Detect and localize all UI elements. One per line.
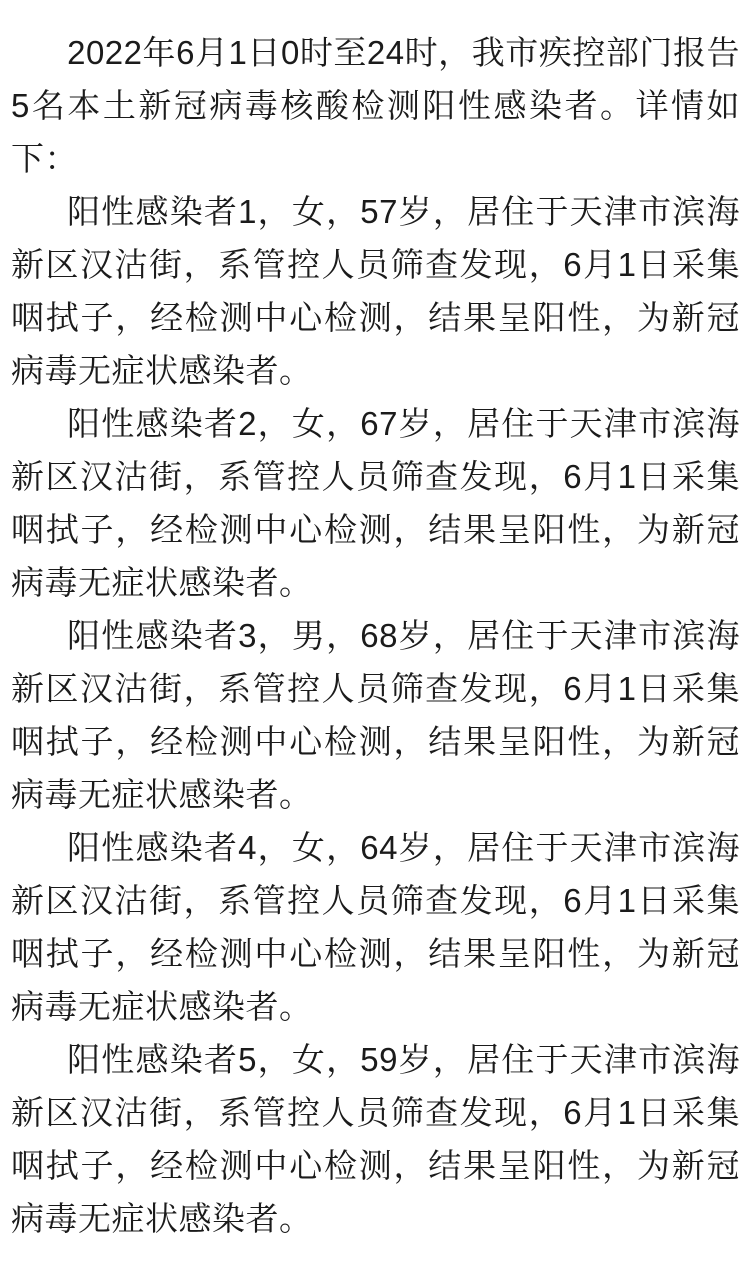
bulletin-article: 2022年6月1日0时至24时，我市疾控部门报告5名本土新冠病毒核酸检测阳性感染…: [0, 0, 752, 1245]
intro-paragraph: 2022年6月1日0时至24时，我市疾控部门报告5名本土新冠病毒核酸检测阳性感染…: [11, 26, 740, 185]
case-paragraph-1: 阳性感染者1，女，57岁，居住于天津市滨海新区汉沽街，系管控人员筛查发现，6月1…: [11, 185, 740, 397]
case-paragraph-5: 阳性感染者5，女，59岁，居住于天津市滨海新区汉沽街，系管控人员筛查发现，6月1…: [11, 1033, 740, 1245]
case-paragraph-3: 阳性感染者3，男，68岁，居住于天津市滨海新区汉沽街，系管控人员筛查发现，6月1…: [11, 609, 740, 821]
case-paragraph-4: 阳性感染者4，女，64岁，居住于天津市滨海新区汉沽街，系管控人员筛查发现，6月1…: [11, 821, 740, 1033]
case-paragraph-2: 阳性感染者2，女，67岁，居住于天津市滨海新区汉沽街，系管控人员筛查发现，6月1…: [11, 397, 740, 609]
